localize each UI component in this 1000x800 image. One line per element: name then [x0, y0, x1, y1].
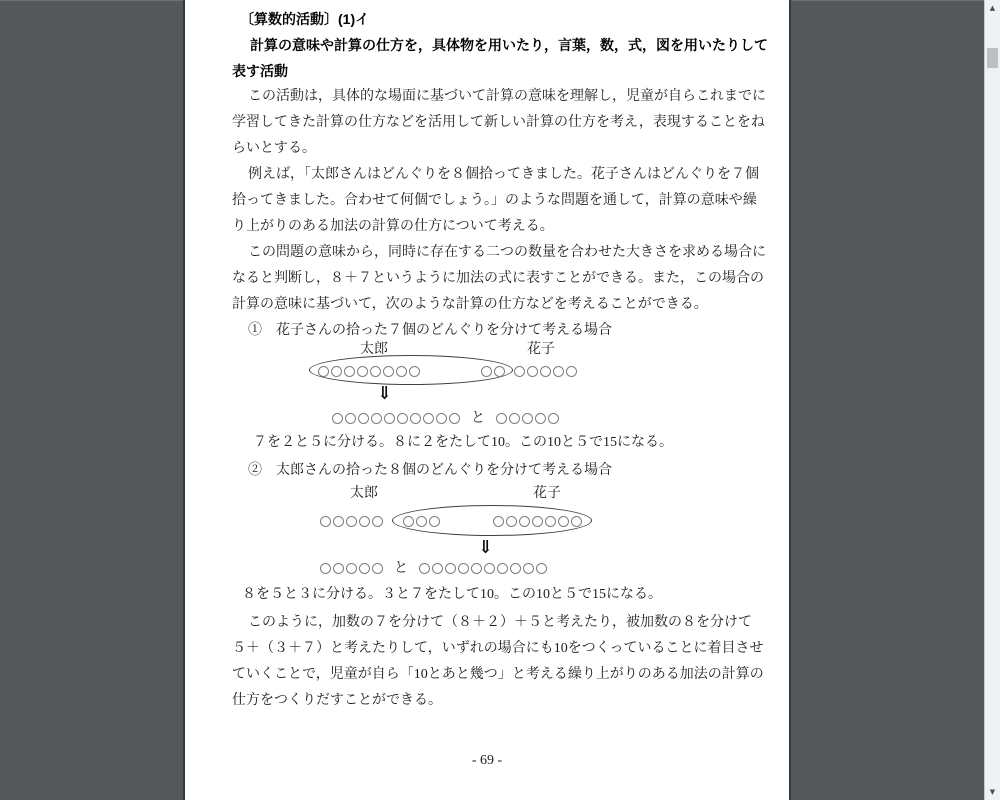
acorn-circle-icon: [346, 563, 357, 574]
acorn-circle-icon: [419, 563, 430, 574]
acorn-circle-icon: [429, 516, 440, 527]
body-text-line: 例えば，「太郎さんはどんぐりを８個拾ってきました。花子さんはどんぐりを７個: [232, 162, 752, 188]
acorn-circle-icon: [396, 366, 407, 377]
acorn-circle-icon: [371, 413, 382, 424]
body-text-line: なると判断し，８＋７というように加法の式に表すことができる。また，この場合の: [232, 266, 752, 292]
acorn-circle-icon: [436, 413, 447, 424]
acorn-circle-icon: [514, 366, 525, 377]
scrollbar[interactable]: ▲ ▼: [984, 0, 1000, 800]
acorn-circle-icon: [357, 366, 368, 377]
acorn-group-hanako-rest: [514, 366, 577, 377]
acorn-circle-icon: [484, 563, 495, 574]
acorn-group-ten: [419, 563, 547, 574]
acorn-circle-icon: [553, 366, 564, 377]
acorn-circle-icon: [358, 413, 369, 424]
result-row: と: [320, 562, 547, 575]
hanako-label: 花子: [527, 342, 555, 358]
acorn-circle-icon: [522, 413, 533, 424]
case2-caption: ８を５と３に分ける。３と７をたして10。この10と５で15になる。: [242, 586, 662, 604]
acorn-circle-icon: [409, 366, 420, 377]
acorn-group-hanako: [493, 516, 582, 527]
body-text-line: 拾ってきました。合わせて何個でしょう。」のような問題を通して，計算の意味や繰: [232, 188, 752, 214]
acorn-circle-icon: [523, 563, 534, 574]
scroll-down-button[interactable]: ▼: [985, 784, 1000, 800]
document-page: 〔算数的活動〕(1)イ 計算の意味や計算の仕方を，具体物を用いたり，言葉，数，式…: [183, 0, 791, 800]
acorn-circle-icon: [372, 516, 383, 527]
acorn-circle-icon: [345, 413, 356, 424]
acorn-circle-icon: [318, 366, 329, 377]
acorn-circle-icon: [445, 563, 456, 574]
acorn-circle-icon: [496, 413, 507, 424]
page-content: 〔算数的活動〕(1)イ 計算の意味や計算の仕方を，具体物を用いたり，言葉，数，式…: [232, 6, 752, 714]
acorn-circle-icon: [548, 413, 559, 424]
case1-heading: ① 花子さんの拾った７個のどんぐりを分けて考える場合: [232, 318, 752, 344]
acorn-circle-icon: [397, 413, 408, 424]
acorn-circle-icon: [449, 413, 460, 424]
acorn-circle-icon: [458, 563, 469, 574]
activity-title-line1: 計算の意味や計算の仕方を，具体物を用いたり，言葉，数，式，図を用いたりして: [232, 32, 752, 58]
diagram-case1: 太郎 花子 ⇓ と ７を２と５に分ける。８に２をたして10。この10と５で15に…: [232, 344, 752, 458]
acorn-circle-icon: [416, 516, 427, 527]
and-label: と: [471, 412, 485, 425]
body-text-line: 学習してきた計算の仕方などを活用して新しい計算の仕方を考え，表現することをね: [232, 110, 752, 136]
acorn-circle-icon: [532, 516, 543, 527]
body-text-line: ていくことで，児童が自ら「10とあと幾つ」と考える繰り上がりのある加法の計算の: [232, 662, 752, 688]
acorn-circle-icon: [536, 563, 547, 574]
body-text-line: 計算の意味に基づいて，次のような計算の仕方などを考えることができる。: [232, 292, 752, 318]
down-arrow-icon: ⇓: [478, 538, 493, 556]
taro-label: 太郎: [350, 486, 378, 502]
acorn-circle-icon: [320, 563, 331, 574]
acorn-circle-icon: [558, 516, 569, 527]
acorn-circle-icon: [566, 366, 577, 377]
case2-heading: ② 太郎さんの拾った８個のどんぐりを分けて考える場合: [232, 458, 752, 484]
acorn-group-hanako-split: [481, 366, 505, 377]
page-number: - 69 -: [185, 753, 789, 769]
acorn-circle-icon: [527, 366, 538, 377]
body-text-line: らいとする。: [232, 136, 752, 162]
body-text-line: この活動は，具体的な場面に基づいて計算の意味を理解し，児童が自らこれまでに: [232, 84, 752, 110]
acorn-circle-icon: [540, 366, 551, 377]
acorn-circle-icon: [497, 563, 508, 574]
acorn-circle-icon: [372, 563, 383, 574]
acorn-circle-icon: [471, 563, 482, 574]
acorn-circle-icon: [545, 516, 556, 527]
acorn-circle-icon: [509, 413, 520, 424]
acorn-circle-icon: [481, 366, 492, 377]
result-row: と: [332, 412, 559, 425]
acorn-circle-icon: [370, 366, 381, 377]
body-text-line: この問題の意味から，同時に存在する二つの数量を合わせた大きさを求める場合に: [232, 240, 752, 266]
acorn-group-rest: [496, 413, 559, 424]
acorn-circle-icon: [384, 413, 395, 424]
acorn-circle-icon: [359, 563, 370, 574]
acorn-circle-icon: [571, 516, 582, 527]
body-text-line: ５＋（３＋７）と考えたりして，いずれの場合にも10をつくっていることに着目させ: [232, 636, 752, 662]
acorn-circle-icon: [410, 413, 421, 424]
acorn-circle-icon: [320, 516, 331, 527]
diagram-case2: 太郎 花子 ⇓ と ８を５と３に分ける。３と７をたして10。この10と５で15に…: [232, 484, 752, 610]
body-text-line: り上がりのある加法の計算の仕方について考える。: [232, 214, 752, 240]
acorn-circle-icon: [333, 563, 344, 574]
acorn-group-ten: [332, 413, 460, 424]
acorn-circle-icon: [535, 413, 546, 424]
acorn-circle-icon: [332, 413, 343, 424]
activity-title-line2: 表す活動: [232, 58, 752, 84]
acorn-group-taro-split: [403, 516, 440, 527]
acorn-group-taro: [318, 366, 420, 377]
acorn-circle-icon: [403, 516, 414, 527]
down-arrow-icon: ⇓: [377, 384, 392, 402]
acorn-circle-icon: [519, 516, 530, 527]
acorn-circle-icon: [432, 563, 443, 574]
acorn-circle-icon: [423, 413, 434, 424]
body-text-line: このように，加数の７を分けて（８＋２）＋５と考えたり，被加数の８を分けて: [232, 610, 752, 636]
acorn-group-rest: [320, 563, 383, 574]
acorn-circle-icon: [344, 366, 355, 377]
acorn-circle-icon: [346, 516, 357, 527]
hanako-label: 花子: [533, 486, 561, 502]
acorn-circle-icon: [331, 366, 342, 377]
acorn-circle-icon: [493, 516, 504, 527]
acorn-circle-icon: [510, 563, 521, 574]
scroll-up-button[interactable]: ▲: [985, 0, 1000, 16]
scrollbar-thumb[interactable]: [987, 48, 998, 68]
acorn-circle-icon: [494, 366, 505, 377]
acorn-group-taro-rest: [320, 516, 383, 527]
body-text-line: 仕方をつくりだすことができる。: [232, 688, 752, 714]
case1-caption: ７を２と５に分ける。８に２をたして10。この10と５で15になる。: [253, 434, 673, 452]
acorn-circle-icon: [333, 516, 344, 527]
acorn-circle-icon: [506, 516, 517, 527]
and-label: と: [394, 562, 408, 575]
section-heading: 〔算数的活動〕(1)イ: [232, 6, 752, 32]
acorn-circle-icon: [383, 366, 394, 377]
acorn-circle-icon: [359, 516, 370, 527]
